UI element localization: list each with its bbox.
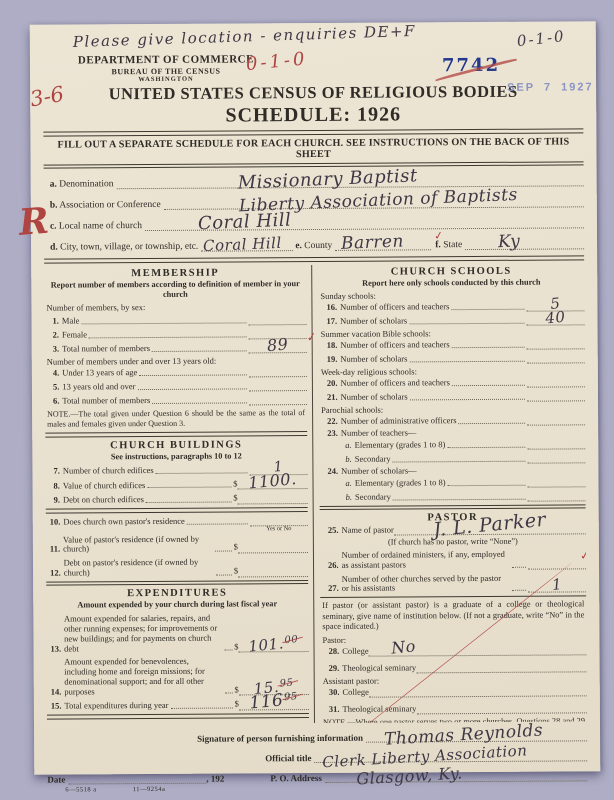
- question-number: 2.: [45, 331, 62, 341]
- red-check-mark: ✓: [306, 330, 318, 345]
- field-label: County: [304, 241, 332, 251]
- question-row-26: 26. Number of ordained ministers, if any…: [320, 550, 586, 571]
- question-number: 3.: [45, 345, 62, 355]
- question-label: Number of church edifices: [63, 466, 154, 476]
- footer-block: Signature of person furnishing informati…: [47, 730, 587, 793]
- question-label: Number of teachers—: [341, 428, 417, 438]
- date-line: [68, 773, 206, 785]
- question-label: 13 years old and over: [62, 382, 135, 392]
- question-label: Number of officers and teachers: [340, 302, 449, 312]
- question-number: 18.: [319, 341, 341, 351]
- question-row-9: 9. Debt on church edifices $: [46, 493, 308, 505]
- dotted-leader: [215, 550, 232, 552]
- double-rule: [43, 129, 583, 137]
- education-block: If pastor (or assistant pastor) is a gra…: [320, 600, 587, 725]
- dotted-leader: [147, 486, 231, 489]
- department-name: DEPARTMENT OF COMMERCE: [71, 53, 261, 67]
- form-code-right: 11—9254a: [133, 786, 166, 793]
- answer-cell: [416, 703, 587, 714]
- double-rule: [47, 713, 309, 719]
- sub-letter: a.: [319, 479, 354, 489]
- census-schedule-paper: Please give location - enquiries DE+F 0-…: [30, 21, 601, 774]
- answer-cell: [249, 381, 307, 391]
- question-label: College: [342, 688, 369, 698]
- question-row-6: 6. Total number of members: [45, 395, 307, 407]
- question-row-1: 1. Male: [44, 315, 306, 327]
- pastor-note: NOTE.—Where one pastor serves two or mor…: [323, 716, 585, 725]
- expenditures-subtitle: Amount expended by your church during la…: [52, 599, 302, 610]
- question-label: Number of officers and teachers: [340, 340, 449, 350]
- question-number: 13.: [46, 644, 64, 654]
- fill-in-line: Barren ✓: [335, 240, 431, 252]
- field-label: State: [443, 241, 462, 251]
- question-label: Number of scholars: [340, 355, 407, 365]
- handwritten-county: Barren: [341, 232, 405, 255]
- schools-subtitle: Report here only schools conducted by th…: [324, 277, 578, 289]
- date-label: Date: [47, 775, 65, 785]
- schedule-year: SCHEDULE: 1926: [43, 103, 583, 129]
- membership-subtitle: Report number of members according to de…: [50, 279, 300, 300]
- po-address-label: P. O. Address: [270, 773, 322, 783]
- question-row-20: 20. Number of officers and teachers: [319, 377, 585, 389]
- red-check-mark: ✓: [579, 548, 587, 563]
- answer-cell: 1100.: [237, 479, 307, 489]
- question-row-3: 3. Total number of members 89 ✓: [45, 343, 307, 355]
- question-label: Debt on church edifices: [63, 495, 144, 505]
- question-number: 30.: [321, 688, 343, 698]
- question-label: Amount expended for benevolences, includ…: [64, 657, 222, 697]
- question-label: College: [342, 647, 369, 657]
- red-code-annotation: 0-1-0: [245, 48, 308, 75]
- dotted-leader: [224, 649, 232, 651]
- question-row-11: 11. Value of pastor's residence (if owne…: [46, 534, 308, 555]
- signature-label: Signature of person furnishing informati…: [197, 733, 363, 744]
- double-rule: [44, 161, 584, 169]
- question-number: 1.: [44, 317, 61, 327]
- instruction-banner: FILL OUT A SEPARATE SCHEDULE FOR EACH CH…: [43, 136, 583, 161]
- two-column-body: MEMBERSHIP Report number of members acco…: [44, 263, 587, 724]
- answer-cell: [527, 477, 585, 487]
- answer-cell: [527, 377, 585, 387]
- answer-cell: [527, 339, 585, 349]
- field-association: b. Association or Conference Liberty Ass…: [50, 197, 584, 211]
- po-address-line: Glasgow, Ky.: [325, 770, 588, 783]
- question-number: 27.: [320, 584, 342, 594]
- question-row-24b: b. Secondary: [320, 491, 586, 503]
- question-number: 11.: [46, 545, 63, 555]
- dotted-leader: [409, 322, 524, 325]
- signature-row: Signature of person furnishing informati…: [197, 730, 587, 743]
- sub-letter: a.: [319, 441, 354, 451]
- left-column: MEMBERSHIP Report number of members acco…: [44, 265, 314, 725]
- field-letter: b.: [50, 201, 58, 211]
- question-number: 6.: [45, 397, 62, 407]
- single-rule: [320, 596, 586, 599]
- dotted-leader: [459, 422, 526, 424]
- yes-or-no-caption: Yes or No: [250, 525, 308, 533]
- question-number: 7.: [45, 466, 62, 476]
- handwritten-edifice-value: 1100.: [248, 470, 298, 493]
- question-number: 21.: [319, 393, 341, 403]
- graduate-note: If pastor (or assistant pastor) is a gra…: [322, 600, 584, 633]
- expenditures-heading: EXPENDITURES: [46, 587, 308, 600]
- question-label: Debt on pastor's residence (if owned by …: [64, 558, 214, 578]
- dotted-leader: [216, 573, 232, 575]
- question-row-8: 8. Value of church edifices $ 1100.: [45, 479, 307, 491]
- handwritten-total-members: 89: [266, 335, 289, 355]
- field-letter: c.: [50, 222, 57, 232]
- handwritten-college: No: [390, 638, 416, 659]
- question-label: Total number of members: [62, 344, 150, 354]
- dotted-leader: [451, 308, 524, 310]
- question-label: Total number of members: [62, 396, 150, 406]
- question-row-22: 22. Number of administrative officers: [319, 415, 585, 427]
- field-letter: a.: [50, 180, 57, 190]
- office-city: WASHINGTON: [71, 75, 261, 84]
- question-number: 24.: [319, 467, 341, 477]
- question-row-31: 31. Theological seminary: [321, 703, 587, 715]
- sub-label: Secondary: [355, 455, 391, 465]
- answer-cell: [238, 494, 308, 504]
- answer-cell: [238, 567, 308, 577]
- dotted-leader: [156, 471, 248, 474]
- question-row-5: 5. 13 years old and over: [45, 381, 307, 393]
- membership-heading: MEMBERSHIP: [44, 267, 306, 280]
- answer-cell: [369, 686, 587, 697]
- dotted-leader: [393, 497, 526, 500]
- field-label: Association or Conference: [59, 200, 160, 211]
- dotted-leader: [152, 349, 247, 352]
- question-label: Number of scholars: [341, 393, 408, 403]
- question-number: 8.: [46, 481, 63, 491]
- question-label: Number of other churches served by the p…: [342, 574, 510, 595]
- amount-cents-red-struck: 95: [284, 691, 299, 703]
- field-label: Local name of church: [59, 222, 142, 233]
- question-number: 28.: [321, 647, 343, 657]
- dotted-leader: [146, 501, 231, 504]
- question-number: 15.: [47, 702, 65, 712]
- buildings-subtitle: See instructions, paragraphs 10 to 12: [51, 451, 301, 462]
- dotted-leader: [452, 346, 525, 348]
- form-codes: 6—5518 a 11—9254a: [65, 783, 587, 793]
- date-received-stamp: SEP 7 1927: [507, 81, 594, 94]
- field-letter: e.: [295, 242, 302, 252]
- question-label: Male: [62, 317, 80, 327]
- red-margin-letter: R: [17, 200, 50, 244]
- answer-cell: [527, 353, 585, 363]
- question-number: 10.: [46, 517, 64, 527]
- answer-cell: [249, 367, 307, 377]
- question-row-25: 25. Name of pastor J. L. Parker: [320, 525, 586, 537]
- question-row-27: 27. Number of other churches served by t…: [320, 573, 586, 594]
- amount-cents-red-struck: 00: [284, 634, 299, 646]
- fill-in-line: Ky: [465, 239, 584, 251]
- question-row-24: 24. Number of scholars—: [319, 465, 585, 476]
- form-code-left: 6—5518 a: [65, 786, 96, 793]
- question-label: Name of pastor: [341, 526, 393, 536]
- question-label: Total expenditures during year: [64, 701, 168, 711]
- right-column: CHURCH SCHOOLS Report here only schools …: [311, 263, 587, 723]
- date-address-row: Date , 192 P. O. Address Glasgow, Ky.: [47, 770, 587, 784]
- answer-cell: [527, 391, 585, 401]
- dotted-leader: [139, 373, 247, 376]
- question-row-12: 12. Debt on pastor's residence (if owned…: [46, 557, 308, 578]
- question-label: Number of scholars—: [341, 466, 417, 476]
- handwritten-amount: 101.00: [248, 634, 300, 656]
- question-label: Amount expended for salaries, repairs, a…: [64, 614, 222, 654]
- fill-in-line: Liberty Association of Baptists: [164, 197, 584, 211]
- answer-cell: [527, 439, 585, 449]
- fill-in-line: Coral Hill: [201, 241, 293, 253]
- question-row-30: 30. College: [321, 686, 587, 698]
- question-row-21: 21. Number of scholars: [319, 391, 585, 403]
- double-rule: [46, 580, 308, 586]
- answer-cell: [527, 415, 585, 425]
- question-number: 19.: [319, 355, 341, 365]
- amount-dollars: 116: [249, 690, 285, 713]
- signature-line: Thomas Reynolds: [366, 730, 587, 742]
- group-heading: Summer vacation Bible schools:: [321, 327, 585, 339]
- membership-note: NOTE.—The total given under Question 6 s…: [47, 408, 305, 430]
- sub-label: Elementary (grades 1 to 8): [355, 440, 446, 450]
- dotted-leader: [512, 565, 526, 567]
- answer-cell: [238, 543, 308, 553]
- dotted-leader: [447, 446, 525, 448]
- question-number: 31.: [321, 705, 343, 715]
- answer-cell: [248, 315, 306, 325]
- question-number: 9.: [46, 496, 63, 506]
- question-number: 4.: [45, 369, 62, 379]
- question-label: Female: [62, 331, 87, 341]
- double-rule: [44, 256, 584, 264]
- group-heading: Number of members, by sex:: [46, 301, 306, 313]
- question-label: Number of officers and teachers: [341, 378, 450, 388]
- sub-label: Secondary: [355, 492, 391, 502]
- answer-cell: [528, 491, 586, 501]
- question-label: Number of ordained ministers, if any, em…: [342, 550, 510, 571]
- question-label: Number of scholars: [340, 317, 407, 327]
- double-rule: [320, 504, 586, 510]
- top-annotation-row: Please give location - enquiries DE+F: [73, 25, 583, 52]
- group-heading: Assistant pastor:: [323, 674, 587, 686]
- double-rule: [45, 431, 307, 437]
- handwritten-answer: 40: [545, 308, 567, 327]
- amount-dollars: 101.: [248, 634, 285, 655]
- question-row-17: 17. Number of scholars 40: [319, 315, 585, 327]
- handwritten-city: Coral Hill: [203, 234, 282, 255]
- double-rule: [46, 507, 308, 513]
- question-row-4: 4. Under 13 years of age: [45, 367, 307, 379]
- question-number: 22.: [319, 417, 341, 427]
- question-row-19: 19. Number of scholars: [319, 353, 585, 365]
- form-title: UNITED STATES CENSUS OF RELIGIOUS BODIES: [43, 82, 583, 105]
- question-row-23a: a. Elementary (grades 1 to 8): [319, 439, 585, 451]
- handwritten-total-amount: 11695: [249, 690, 299, 714]
- question-label: Value of pastor's residence (if owned by…: [63, 534, 213, 554]
- answer-cell: 101.00: [238, 642, 308, 652]
- dotted-leader: [393, 460, 526, 463]
- field-label: Denomination: [59, 180, 113, 190]
- answer-cell: [527, 453, 585, 463]
- handwritten-churches-served: 1: [551, 576, 563, 594]
- screenshot-root: { "page": {"background": "#aeadc5", "pap…: [0, 0, 614, 800]
- answer-cell: ✓: [528, 559, 586, 569]
- dotted-leader: [512, 589, 526, 591]
- dotted-leader: [452, 384, 525, 386]
- question-row-13: 13. Amount expended for salaries, repair…: [46, 613, 308, 654]
- question-row-10: 10. Does church own pastor's residence Y…: [46, 516, 308, 528]
- group-heading: Week-day religious schools:: [321, 365, 585, 377]
- dotted-leader: [409, 360, 524, 363]
- answer-cell: J. L. Parker: [394, 525, 586, 536]
- question-number: 26.: [320, 561, 342, 571]
- question-row-29: 29. Theological seminary: [321, 662, 587, 674]
- group-heading: Sunday schools:: [320, 289, 584, 301]
- group-heading: Pastor:: [322, 633, 586, 645]
- answer-cell: 89 ✓: [249, 343, 307, 353]
- sub-letter: b.: [320, 493, 355, 503]
- question-row-15: 15. Total expenditures during year $ 116…: [47, 699, 309, 711]
- answer-cell: [249, 395, 307, 405]
- question-label: Value of church edifices: [63, 481, 145, 491]
- dotted-leader: [187, 522, 248, 524]
- answer-cell: Yes or No: [250, 516, 308, 526]
- answer-cell: [416, 662, 587, 673]
- field-label: City, town, village, or township, etc.: [60, 242, 198, 253]
- agency-block: DEPARTMENT OF COMMERCE BUREAU OF THE CEN…: [71, 53, 261, 83]
- question-row-28: 28. College No: [321, 645, 587, 657]
- question-label: Theological seminary: [342, 663, 416, 673]
- answer-cell: No: [369, 645, 587, 656]
- dotted-leader: [137, 387, 246, 390]
- dotted-leader: [152, 401, 247, 404]
- question-label: Does church own pastor's residence: [63, 517, 184, 528]
- handwritten-state: Ky: [498, 232, 521, 253]
- field-city-county-state: d. City, town, village, or township, etc…: [50, 239, 584, 253]
- question-number: 12.: [46, 568, 64, 578]
- answer-cell: 40: [527, 315, 585, 325]
- question-number: 29.: [321, 664, 343, 674]
- amount-cents-red-struck: 95: [279, 678, 294, 690]
- dotted-leader: [81, 321, 246, 324]
- group-heading: Number of members under and over 13 year…: [47, 355, 307, 367]
- dotted-leader: [89, 335, 247, 338]
- sub-letter: b.: [319, 455, 354, 465]
- dotted-leader: [410, 398, 525, 401]
- field-local-name: c. Local name of church Coral Hill: [50, 218, 584, 232]
- question-row-23: 23. Number of teachers—: [319, 427, 585, 438]
- handwritten-local-name: Coral Hill: [197, 210, 291, 235]
- question-number: 23.: [319, 429, 341, 439]
- official-title-row: Official title Clerk Liberty Association: [265, 750, 587, 763]
- question-label: Number of administrative officers: [341, 416, 457, 426]
- question-number: 25.: [320, 526, 342, 536]
- handwritten-top-note: Please give location - enquiries DE+F: [73, 22, 417, 51]
- answer-cell: 1: [528, 583, 586, 593]
- question-number: 17.: [319, 317, 341, 327]
- official-title-line: Clerk Liberty Association: [314, 750, 587, 763]
- sub-label: Elementary (grades 1 to 8): [355, 478, 446, 488]
- official-title-label: Official title: [265, 753, 311, 763]
- red-check-mark: ✓: [433, 229, 444, 243]
- group-heading: Parochial schools:: [321, 403, 585, 415]
- question-number: 14.: [47, 687, 65, 697]
- answer-cell: 11695: [239, 700, 309, 710]
- question-label: Under 13 years of age: [62, 368, 137, 378]
- question-number: 16.: [318, 303, 340, 313]
- date-suffix: , 192: [206, 774, 224, 784]
- schools-heading: CHURCH SCHOOLS: [318, 265, 584, 278]
- buildings-heading: CHURCH BUILDINGS: [45, 439, 307, 452]
- question-number: 20.: [319, 379, 341, 389]
- dotted-leader: [448, 483, 526, 485]
- dotted-leader: [224, 692, 232, 694]
- fill-in-line: Coral Hill: [145, 218, 584, 232]
- dotted-leader: [170, 707, 232, 709]
- question-row-18: 18. Number of officers and teachers: [319, 339, 585, 351]
- question-row-24a: a. Elementary (grades 1 to 8): [319, 477, 585, 489]
- question-row-23b: b. Secondary: [319, 453, 585, 465]
- question-number: 5.: [45, 383, 62, 393]
- field-letter: d.: [50, 243, 58, 253]
